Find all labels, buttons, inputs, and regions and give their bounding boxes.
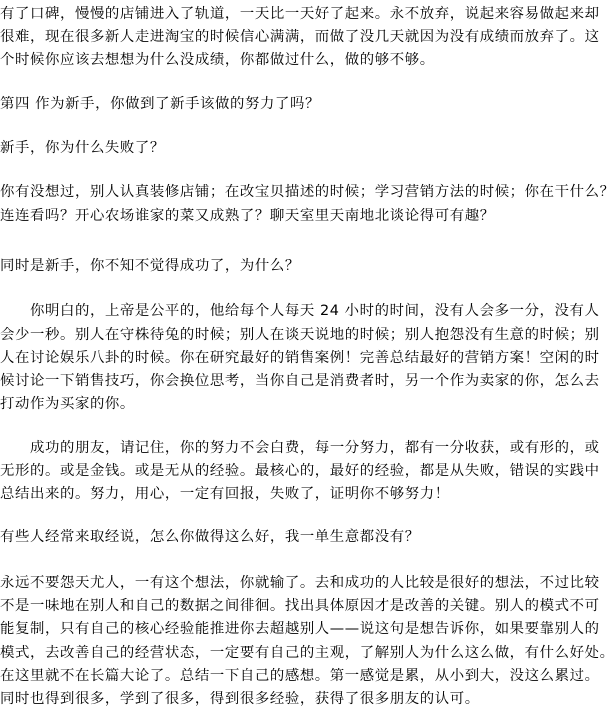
paragraph-6-line-1: 你明白的，上帝是公平的，他给每个人每天 24 小时的时间，没有人会多一分，没有人	[0, 299, 610, 323]
paragraph-1-line-1: 有了口碑，慢慢的店铺进入了轨道，一天比一天好了起来。永不放弃，说起来容易做起来却	[0, 2, 610, 26]
paragraph-4-line-2: 连连看吗？开心农场谁家的菜又成熟了？聊天室里天南地北谈论得可有趣？	[0, 204, 610, 228]
paragraph-9-line-2: 不是一味地在别人和自己的数据之间徘徊。找出具体原因才是改善的关键。别人的模式不可	[0, 594, 610, 618]
paragraph-6-line-4: 候讨论一下销售技巧，你会换位思考，当你自己是消费者时，另一个作为卖家的你，怎么去	[0, 369, 610, 393]
paragraph-1-line-3: 个时候你应该去想想为什么没成绩，你都做过什么，做的够不够。	[0, 48, 610, 72]
paragraph-7-line-1: 成功的朋友，请记住，你的努力不会白费，每一分努力，都有一分收获，或有形的，或	[0, 436, 610, 460]
paragraph-6-line-2: 会少一秒。别人在守株待兔的时候；别人在谈天说地的时候；别人抱怨没有生意的时候；别	[0, 323, 610, 347]
paragraph-7-line-2: 无形的。或是金钱。或是无从的经验。最核心的，最好的经验，都是从失败，错误的实践中	[0, 459, 610, 483]
paragraph-6-line-3: 人在讨论娱乐八卦的时候。你在研究最好的销售案例！完善总结最好的营销方案！空闲的时	[0, 346, 610, 370]
paragraph-9-line-1: 永远不要怨天尤人，一有这个想法，你就输了。去和成功的人比较是很好的想法，不过比较	[0, 571, 610, 595]
question-heading-2: 同时是新手，你不知不觉得成功了，为什么？	[0, 254, 610, 278]
paragraph-9-line-3: 能复制，只有自己的核心经验能推进你去超越别人——说这句是想告诉你，如果要靠别人的	[0, 617, 610, 641]
paragraph-4-line-1: 你有没想过，别人认真装修店铺；在改宝贝描述的时候；学习营销方法的时候；你在干什么…	[0, 180, 610, 204]
paragraph-9-line-5: 在这里就不在长篇大论了。总结一下自己的感想。第一感觉是累，从小到大，没这么累过。	[0, 664, 610, 688]
paragraph-9-line-4: 模式，去改善自己的经营状态，一定要有自己的主观，了解别人为什么这么做，有什么好处…	[0, 641, 610, 665]
question-heading: 新手，你为什么失败了？	[0, 136, 610, 160]
section-heading: 第四 作为新手，你做到了新手该做的努力了吗？	[0, 92, 610, 116]
paragraph-1-line-2: 很难，现在很多新人走进淘宝的时候信心满满，而做了没几天就因为没有成绩而放弃了。这	[0, 25, 610, 49]
paragraph-6-line-5: 打动作为买家的你。	[0, 392, 610, 416]
paragraph-7-line-3: 总结出来的。努力，用心，一定有回报，失败了，证明你不够努力！	[0, 482, 610, 506]
paragraph-9-line-6: 同时也得到很多，学到了很多，得到很多经验，获得了很多朋友的认可。	[0, 687, 610, 711]
question-heading-3: 有些人经常来取经说，怎么你做得这么好，我一单生意都没有？	[0, 525, 610, 549]
